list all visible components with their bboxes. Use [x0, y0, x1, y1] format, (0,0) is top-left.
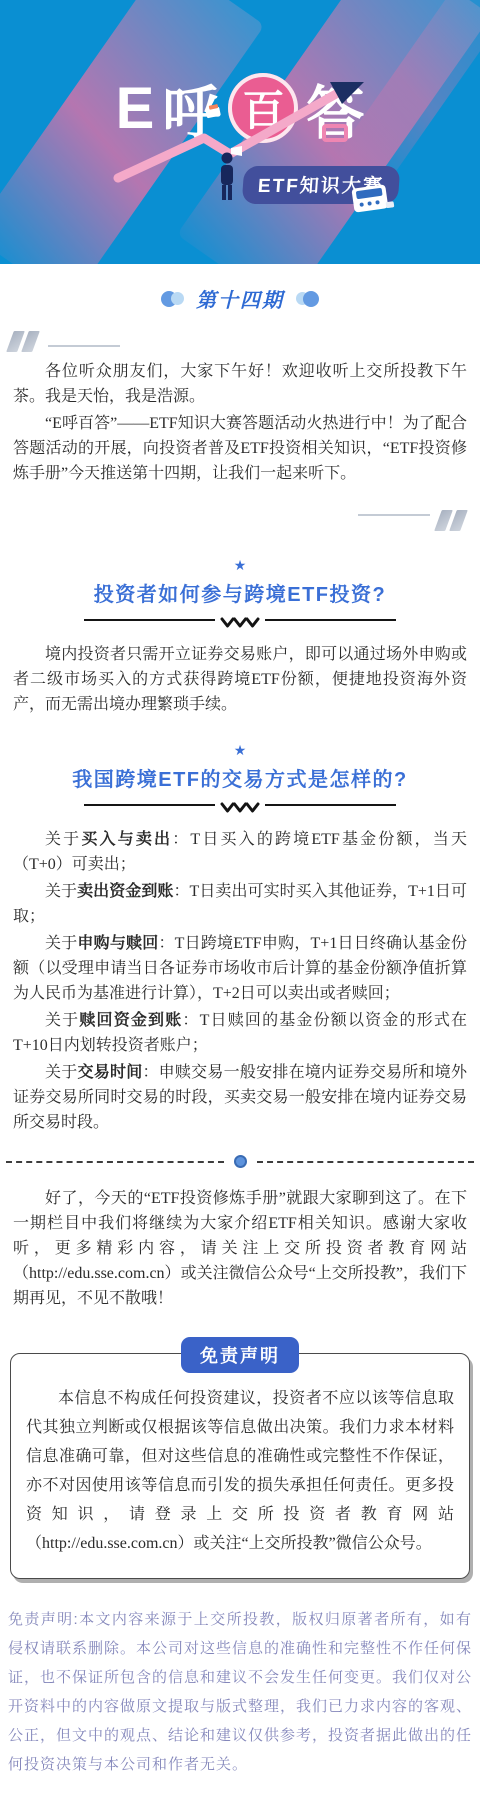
issue-label: 第十四期 [196, 284, 284, 313]
section-rule [84, 798, 396, 811]
issue-row: 第十四期 [0, 284, 480, 313]
rule-paragraph: 关于赎回资金到账：T日赎回的基金份额以资金的形式在T+10日内划转投资者账户； [0, 1008, 480, 1058]
banner: E 呼 百 答 ETF知识大赛 [0, 0, 480, 264]
calculator-icon [350, 181, 396, 217]
rule-paragraph: 关于交易时间：申赎交易一般安排在境内证券交易所和境外证券交易所同时交易的时段，买… [0, 1060, 480, 1135]
logo-char-bai: 百 [228, 73, 298, 143]
rule-paragraph: 关于买入与卖出：T日买入的跨境ETF基金份额，当天（T+0）可卖出； [0, 827, 480, 877]
section-1-title: 投资者如何参与跨境ETF投资? [0, 578, 480, 607]
disclaimer-text: 本信息不构成任何投资建议，投资者不应以该等信息取代其独立判断或仅根据该等信息做出… [26, 1384, 454, 1558]
disclaimer-badge: 免责声明 [181, 1337, 299, 1373]
chevrons-down-icon [220, 802, 260, 815]
intro-paragraph-2: “E呼百答”——ETF知识大赛答题活动火热进行中！为了配合答题活动的开展，向投资… [0, 411, 480, 486]
logo-char-da: 答 [306, 66, 364, 150]
chevrons-down-icon [220, 617, 260, 630]
open-quote-icon [10, 329, 480, 353]
section-1-heading: ★ 投资者如何参与跨境ETF投资? [0, 558, 480, 626]
section-rule [84, 613, 396, 626]
close-quote-icon [0, 508, 468, 532]
section-2-title: 我国跨境ETF的交易方式是怎样的? [0, 763, 480, 792]
disclaimer-box: 免责声明 本信息不构成任何投资建议，投资者不应以该等信息取代其独立判断或仅根据该… [10, 1353, 470, 1579]
star-icon: ★ [0, 743, 480, 759]
section-2-body: 关于买入与卖出：T日买入的跨境ETF基金份额，当天（T+0）可卖出； 关于卖出资… [0, 827, 480, 1135]
section-1-paragraph: 境内投资者只需开立证券交易账户，即可以通过场外申购或者二级市场买入的方式获得跨境… [0, 642, 480, 717]
outro-paragraph: 好了，今天的“ETF投资修炼手册”就跟大家聊到这了。在下一期栏目中我们将继续为大… [0, 1186, 480, 1311]
person-megaphone-icon [216, 146, 244, 202]
logo: E 呼 百 答 [0, 66, 480, 150]
issue-decor-left-icon [161, 291, 184, 307]
article-page: E 呼 百 答 ETF知识大赛 [0, 0, 480, 1809]
rule-paragraph: 关于申购与赎回：T日跨境ETF申购，T+1日日终确认基金份额（以受理申请当日各证… [0, 931, 480, 1006]
issue-decor-right-icon [296, 291, 319, 307]
section-1-body: 境内投资者只需开立证券交易账户，即可以通过场外申购或者二级市场买入的方式获得跨境… [0, 642, 480, 717]
section-2-heading: ★ 我国跨境ETF的交易方式是怎样的? [0, 743, 480, 811]
section-divider [6, 1155, 474, 1168]
rule-paragraph: 关于卖出资金到账：T日卖出可实时买入其他证券，T+1日可取； [0, 879, 480, 929]
logo-char-e: E [116, 75, 155, 142]
scholar-cap-icon [203, 104, 225, 122]
footer-disclaimer: 免责声明:本文内容来源于上交所投教，版权归原著者所有，如有侵权请联系删除。本公司… [0, 1579, 480, 1809]
star-icon: ★ [0, 558, 480, 574]
intro-paragraph-1: 各位听众朋友们，大家下午好！欢迎收听上交所投教下午茶。我是天怡，我是浩源。 [0, 359, 480, 409]
divider-dot-icon [234, 1155, 247, 1168]
